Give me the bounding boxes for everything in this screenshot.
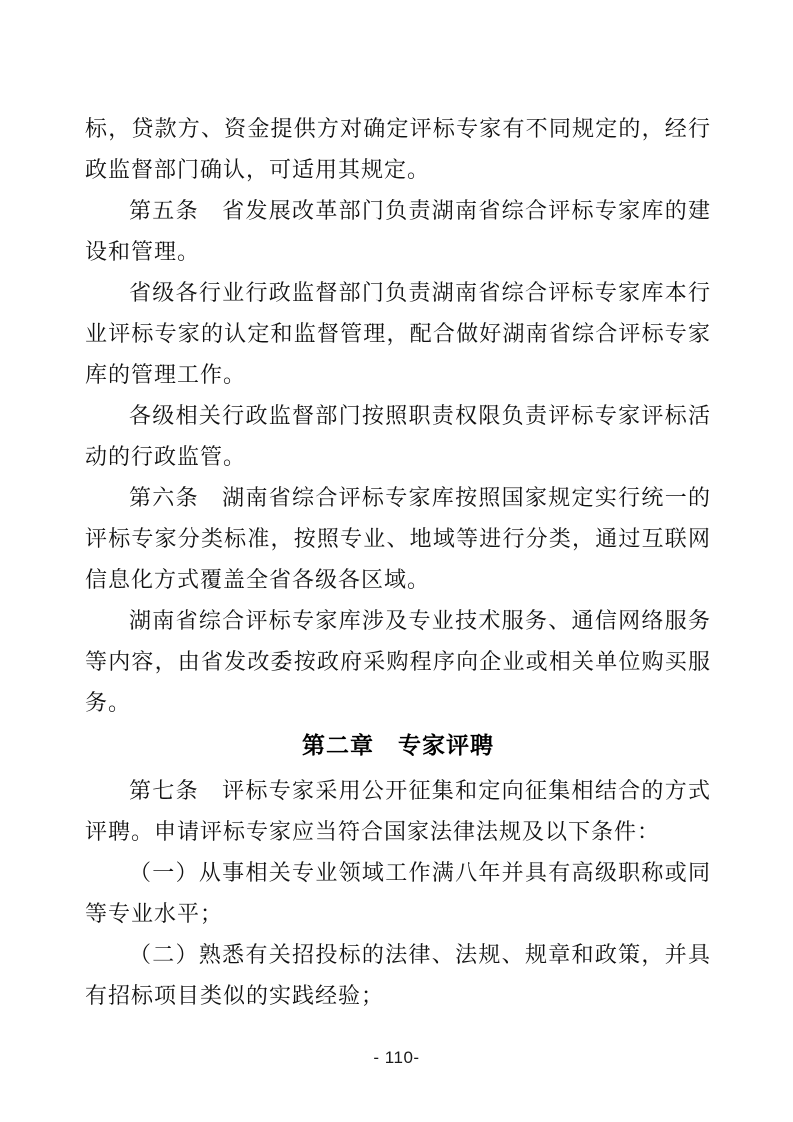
paragraph-article-7: 第七条 评标专家采用公开征集和定向征集相结合的方式评聘。申请评标专家应当符合国家… bbox=[85, 770, 711, 852]
document-body: 标，贷款方、资金提供方对确定评标专家有不同规定的，经行政监督部门确认，可适用其规… bbox=[85, 108, 711, 1016]
paragraph-condition-1: （一）从事相关专业领域工作满八年并具有高级职称或同等专业水平； bbox=[85, 852, 711, 934]
paragraph-provincial-departments: 省级各行业行政监督部门负责湖南省综合评标专家库本行业评标专家的认定和监督管理，配… bbox=[85, 272, 711, 395]
paragraph-supervision-duty: 各级相关行政监督部门按照职责权限负责评标专家评标活动的行政监管。 bbox=[85, 395, 711, 477]
paragraph-article-6: 第六条 湖南省综合评标专家库按照国家规定实行统一的评标专家分类标准，按照专业、地… bbox=[85, 477, 711, 600]
page-number: - 110- bbox=[373, 1048, 419, 1067]
chapter-heading: 第二章 专家评聘 bbox=[85, 725, 711, 766]
paragraph-procurement-services: 湖南省综合评标专家库涉及专业技术服务、通信网络服务等内容，由省发改委按政府采购程… bbox=[85, 600, 711, 723]
paragraph-article-5: 第五条 省发展改革部门负责湖南省综合评标专家库的建设和管理。 bbox=[85, 190, 711, 272]
paragraph-continuation: 标，贷款方、资金提供方对确定评标专家有不同规定的，经行政监督部门确认，可适用其规… bbox=[85, 108, 711, 190]
document-page: 标，贷款方、资金提供方对确定评标专家有不同规定的，经行政监督部门确认，可适用其规… bbox=[0, 0, 793, 1122]
paragraph-condition-2: （二）熟悉有关招投标的法律、法规、规章和政策，并具有招标项目类似的实践经验； bbox=[85, 934, 711, 1016]
page-footer: - 110- bbox=[0, 1048, 793, 1068]
